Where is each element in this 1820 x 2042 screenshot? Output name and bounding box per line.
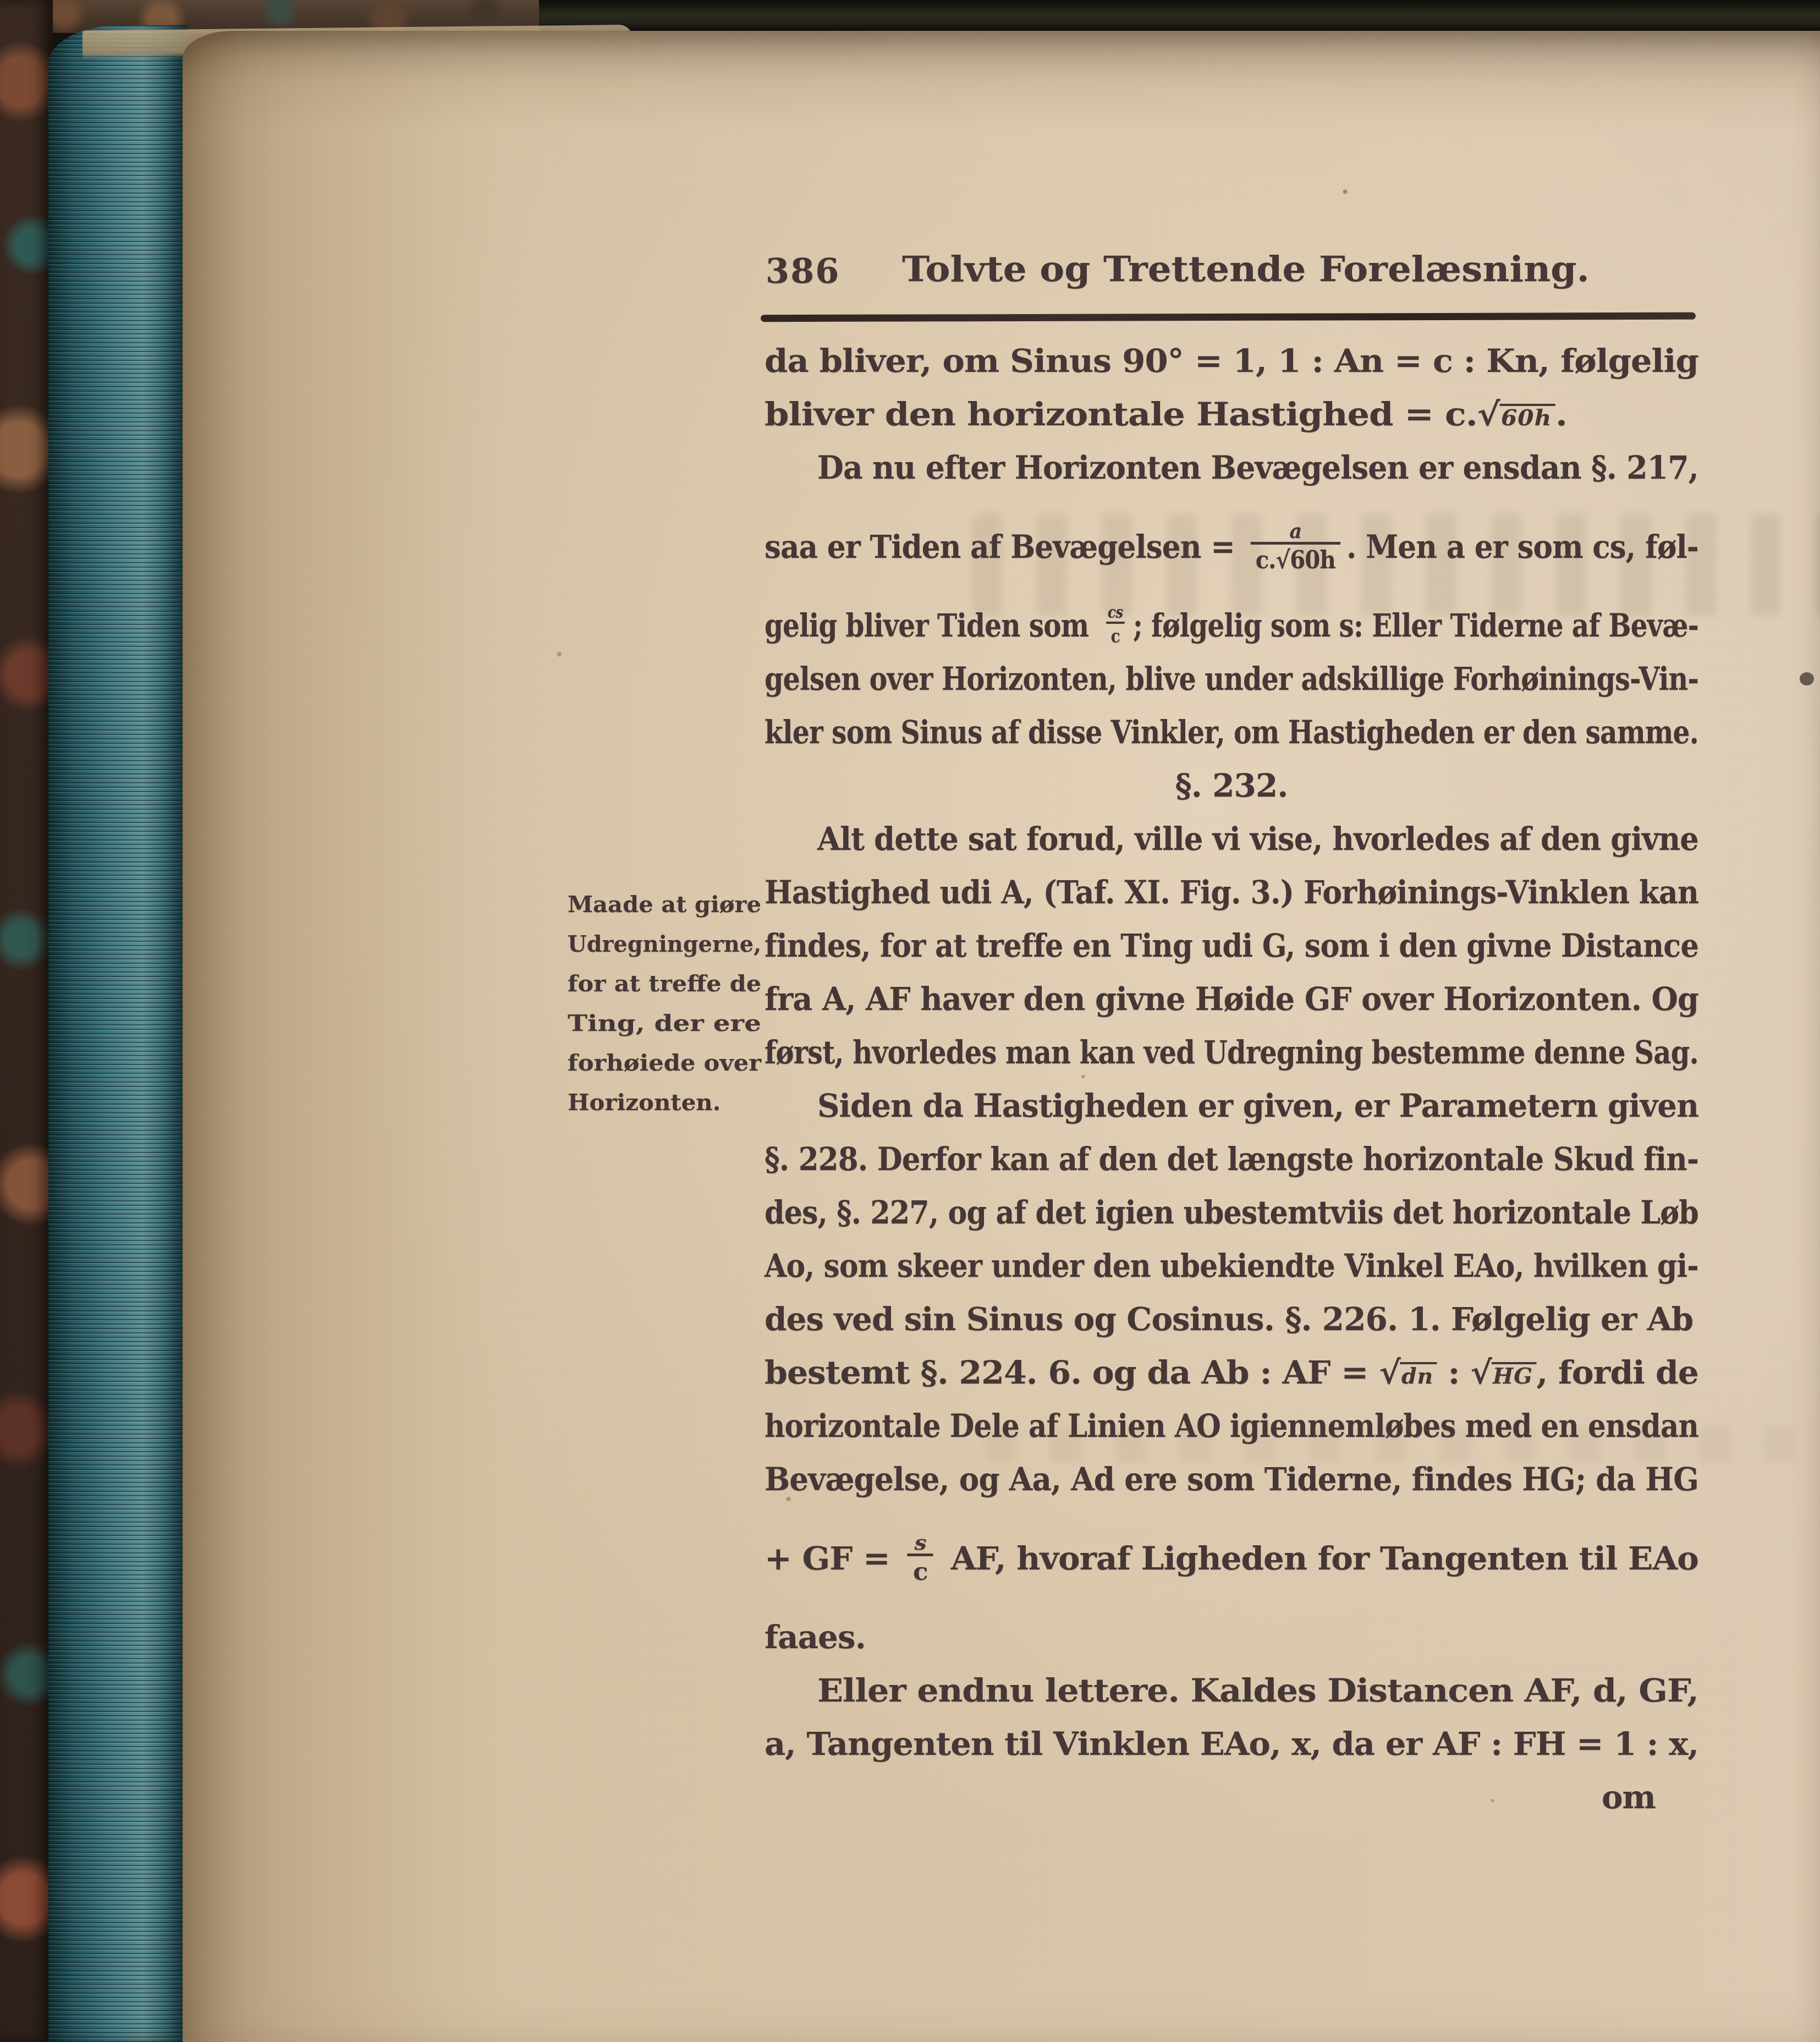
text-line-content: a, Tangenten til Vinklen EAo, x, da er A… xyxy=(765,1717,1698,1771)
text-line-content: bestemt §. 224. 6. og da Ab : AF = √dn :… xyxy=(765,1346,1698,1403)
text-line: des ved sin Sinus og Cosinus. §. 226. 1.… xyxy=(765,1293,1698,1346)
text-line: §. 232. xyxy=(765,759,1698,813)
fraction-numerator: cs xyxy=(1103,604,1127,622)
text-line: + GF = sc AF, hvoraf Ligheden for Tangen… xyxy=(765,1506,1698,1611)
text-line-content: Siden da Hastigheden er given, er Parame… xyxy=(817,1079,1698,1133)
catchword-line: om xyxy=(765,1771,1698,1824)
margin-note-text: for at treffe de xyxy=(568,964,761,1003)
text-line-content: Eller endnu lettere. Kaldes Distancen AF… xyxy=(817,1664,1698,1717)
text-line-content: Hastighed udi A, (Taf. XI. Fig. 3.) Forh… xyxy=(765,866,1698,919)
radicand: HG xyxy=(1492,1362,1537,1389)
margin-note-line: for at treffe de xyxy=(568,964,763,1003)
margin-note-line: Horizonten. xyxy=(568,1083,763,1122)
text-line: Da nu efter Horizonten Bevægelsen er ens… xyxy=(765,441,1698,495)
text-run: Bevægelse, og Aa, Ad ere som Tiderne, fi… xyxy=(765,1461,1698,1498)
text-line: da bliver, om Sinus 90° = 1, 1 : An = c … xyxy=(765,334,1698,388)
text-line: saa er Tiden af Bevægelsen = ac.√60h. Me… xyxy=(765,495,1698,599)
text-line-content: saa er Tiden af Bevægelsen = ac.√60h. Me… xyxy=(765,495,1698,599)
sqrt-expression: √HG xyxy=(1470,1354,1536,1391)
text-line: bestemt §. 224. 6. og da Ab : AF = √dn :… xyxy=(765,1346,1698,1399)
fraction: sc xyxy=(908,1531,933,1587)
text-run: . Men a er som cs, føl- xyxy=(1346,528,1698,566)
text-line-content: kler som Sinus af disse Vinkler, om Hast… xyxy=(765,706,1698,759)
text-line: kler som Sinus af disse Vinkler, om Hast… xyxy=(765,706,1698,759)
text-line: gelsen over Horizonten, blive under adsk… xyxy=(765,652,1698,706)
fraction-numerator: s xyxy=(909,1531,932,1554)
radicand: dn xyxy=(1400,1362,1437,1389)
page-number: 386 xyxy=(766,251,840,291)
text-line-content: des ved sin Sinus og Cosinus. §. 226. 1.… xyxy=(765,1293,1693,1346)
text-line: gelig bliver Tiden som csc; følgelig som… xyxy=(765,599,1698,652)
main-text: da bliver, om Sinus 90° = 1, 1 : An = c … xyxy=(765,334,1698,1824)
marbled-book-spine xyxy=(0,0,53,2042)
margin-note-line: Udregningerne, xyxy=(568,924,763,964)
text-run: des, §. 227, og af det igien ubestemtvii… xyxy=(765,1194,1698,1231)
text-line-content: + GF = sc AF, hvoraf Ligheden for Tangen… xyxy=(765,1506,1698,1611)
text-line-content: om xyxy=(1602,1771,1656,1824)
text-run: §. 232. xyxy=(1175,767,1288,804)
text-run: horizontale Dele af Linien AO igiennemlø… xyxy=(765,1407,1698,1445)
fraction: ac.√60h xyxy=(1251,520,1341,575)
book-photo: 386 Tolvte og Trettende Forelæsning. Maa… xyxy=(0,0,1820,2042)
text-line-content: fra A, AF haver den givne Høide GF over … xyxy=(765,973,1698,1026)
text-line-content: §. 228. Derfor kan af den det længste ho… xyxy=(765,1133,1698,1186)
text-line: faaes. xyxy=(765,1611,1698,1664)
text-run: . xyxy=(1555,396,1567,433)
text-run: fra A, AF haver den givne Høide GF over … xyxy=(765,980,1698,1018)
margin-note-text: Horizonten. xyxy=(568,1083,721,1122)
text-line-content: gelsen over Horizonten, blive under adsk… xyxy=(765,652,1698,706)
text-line: Ao, som skeer under den ubekiendte Vinke… xyxy=(765,1239,1698,1293)
text-run: + GF = xyxy=(765,1540,901,1577)
text-line-content: Bevægelse, og Aa, Ad ere som Tiderne, fi… xyxy=(765,1453,1698,1506)
text-line-content: Da nu efter Horizonten Bevægelsen er ens… xyxy=(817,441,1698,495)
text-run: Siden da Hastigheden er given, er Parame… xyxy=(817,1087,1698,1124)
text-line: bliver den horizontale Hastighed = c.√60… xyxy=(765,388,1698,441)
radical-sign: √ xyxy=(1379,1354,1400,1391)
margin-note-line: Ting, der ere xyxy=(568,1003,763,1043)
text-run: Ao, som skeer under den ubekiendte Vinke… xyxy=(765,1247,1698,1285)
text-line: findes, for at treffe en Ting udi G, som… xyxy=(765,919,1698,973)
fraction-denominator: c.√60h xyxy=(1251,542,1341,575)
fraction-denominator: c xyxy=(908,1554,933,1587)
margin-note-text: forhøiede over xyxy=(568,1043,761,1083)
text-run: kler som Sinus af disse Vinkler, om Hast… xyxy=(765,713,1698,751)
text-run: Eller endnu lettere. Kaldes Distancen AF… xyxy=(817,1672,1698,1709)
text-line: horizontale Dele af Linien AO igiennemlø… xyxy=(765,1399,1698,1453)
sqrt-expression: √60h xyxy=(1477,396,1555,433)
text-line: først, hvorledes man kan ved Udregning b… xyxy=(765,1026,1698,1079)
text-run: bestemt §. 224. 6. og da Ab : AF = xyxy=(765,1354,1379,1391)
text-line: fra A, AF haver den givne Høide GF over … xyxy=(765,973,1698,1026)
text-line-content: først, hvorledes man kan ved Udregning b… xyxy=(765,1026,1698,1079)
text-line-content: findes, for at treffe en Ting udi G, som… xyxy=(765,919,1698,973)
text-run: AF, hvoraf Ligheden for Tangenten til EA… xyxy=(940,1540,1698,1577)
radical-sign: √ xyxy=(1477,396,1500,433)
page-edge-stack xyxy=(48,25,187,2042)
text-run: gelsen over Horizonten, blive under adsk… xyxy=(765,660,1698,698)
text-run: bliver den horizontale Hastighed = c. xyxy=(765,396,1477,433)
running-header: Tolvte og Trettende Forelæsning. xyxy=(891,249,1601,289)
text-line: Eller endnu lettere. Kaldes Distancen AF… xyxy=(765,1664,1698,1717)
text-run: faaes. xyxy=(765,1618,866,1656)
text-line-content: Ao, som skeer under den ubekiendte Vinke… xyxy=(765,1239,1698,1293)
text-run: : xyxy=(1437,1354,1471,1391)
margin-note: Maade at giøreUdregningerne,for at treff… xyxy=(568,885,763,1122)
text-run: gelig bliver Tiden som xyxy=(765,607,1097,644)
paper-speck xyxy=(1800,672,1814,685)
text-run: Hastighed udi A, (Taf. XI. Fig. 3.) Forh… xyxy=(765,874,1698,911)
text-line: Bevægelse, og Aa, Ad ere som Tiderne, fi… xyxy=(765,1453,1698,1506)
fraction-numerator: a xyxy=(1284,520,1306,542)
text-line: a, Tangenten til Vinklen EAo, x, da er A… xyxy=(765,1717,1698,1771)
text-line-content: da bliver, om Sinus 90° = 1, 1 : An = c … xyxy=(765,334,1698,388)
text-run: a, Tangenten til Vinklen EAo, x, da er A… xyxy=(765,1725,1698,1763)
text-run: §. 228. Derfor kan af den det længste ho… xyxy=(765,1140,1698,1178)
margin-note-text: Ting, der ere xyxy=(568,1003,761,1043)
text-run: des ved sin Sinus og Cosinus. §. 226. 1.… xyxy=(765,1300,1693,1338)
fraction-denominator: c xyxy=(1106,622,1124,648)
text-line-content: §. 232. xyxy=(1175,759,1288,813)
margin-note-text: Maade at giøre xyxy=(568,885,761,924)
text-line-content: faaes. xyxy=(765,1611,866,1664)
text-run: Alt dette sat forud, ville vi vise, hvor… xyxy=(817,820,1698,858)
margin-note-text: Udregningerne, xyxy=(568,924,761,964)
fraction: csc xyxy=(1103,604,1127,647)
text-line: Siden da Hastigheden er given, er Parame… xyxy=(765,1079,1698,1133)
radicand: 60h xyxy=(1500,404,1555,431)
text-run: da bliver, om Sinus 90° = 1, 1 : An = c … xyxy=(765,342,1698,380)
text-line-content: bliver den horizontale Hastighed = c.√60… xyxy=(765,388,1567,445)
text-line: Alt dette sat forud, ville vi vise, hvor… xyxy=(765,813,1698,866)
running-header-text: Tolvte og Trettende Forelæsning. xyxy=(902,249,1590,289)
text-line: §. 228. Derfor kan af den det længste ho… xyxy=(765,1133,1698,1186)
margin-note-line: forhøiede over xyxy=(568,1043,763,1083)
text-line: Hastighed udi A, (Taf. XI. Fig. 3.) Forh… xyxy=(765,866,1698,919)
text-run: findes, for at treffe en Ting udi G, som… xyxy=(765,927,1698,964)
text-line-content: gelig bliver Tiden som csc; følgelig som… xyxy=(765,599,1698,652)
radical-sign: √ xyxy=(1470,1354,1491,1391)
text-line-content: Alt dette sat forud, ville vi vise, hvor… xyxy=(817,813,1698,866)
text-run: Da nu efter Horizonten Bevægelsen er ens… xyxy=(817,449,1698,486)
text-run: først, hvorledes man kan ved Udregning b… xyxy=(765,1034,1698,1071)
text-run: saa er Tiden af Bevægelsen = xyxy=(765,528,1245,566)
text-line-content: horizontale Dele af Linien AO igiennemlø… xyxy=(765,1399,1698,1453)
text-run: , fordi de xyxy=(1536,1354,1698,1391)
margin-note-line: Maade at giøre xyxy=(568,885,763,924)
text-run: om xyxy=(1602,1778,1656,1816)
text-line: des, §. 227, og af det igien ubestemtvii… xyxy=(765,1186,1698,1239)
text-line-content: des, §. 227, og af det igien ubestemtvii… xyxy=(765,1186,1698,1239)
text-run: ; følgelig som s: Eller Tiderne af Bevæ- xyxy=(1133,607,1698,644)
sqrt-expression: √dn xyxy=(1379,1354,1437,1391)
